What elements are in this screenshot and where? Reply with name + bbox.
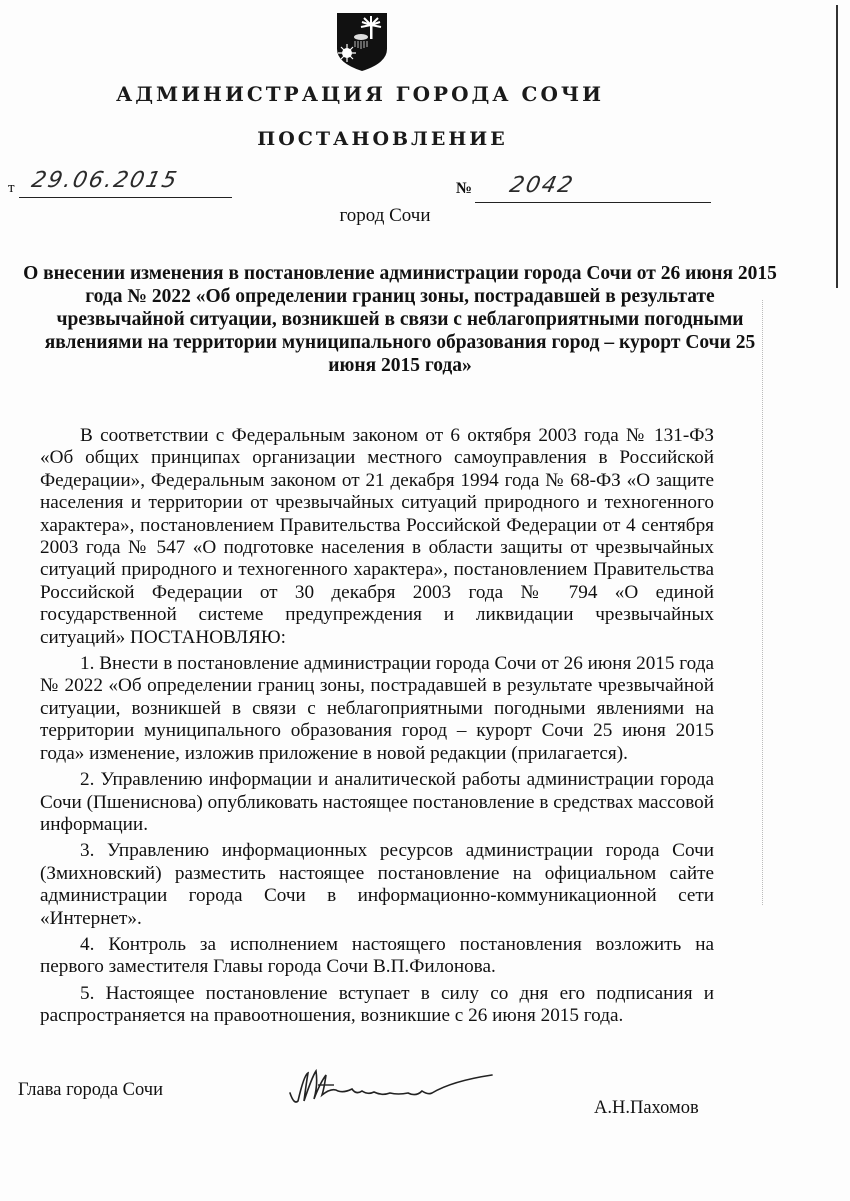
signatory-role: Глава города Сочи bbox=[18, 1080, 163, 1101]
document-subject: О внесении изменения в постановление адм… bbox=[20, 262, 780, 377]
number-underline bbox=[475, 202, 711, 203]
number-sign: № bbox=[456, 180, 472, 198]
date-prefix: т bbox=[8, 180, 15, 197]
document-type-title: ПОСТАНОВЛЕНИЕ bbox=[0, 128, 765, 150]
organization-title: АДМИНИСТРАЦИЯ ГОРОДА СОЧИ bbox=[0, 82, 720, 106]
resolution-item-5: 5. Настоящее постановление вступает в си… bbox=[40, 983, 714, 1028]
resolution-item-4: 4. Контроль за исполнением настоящего по… bbox=[40, 934, 714, 979]
scan-fold-line bbox=[762, 300, 763, 905]
resolution-item-1: 1. Внести в постановление администрации … bbox=[40, 653, 714, 765]
date-underline bbox=[19, 197, 232, 198]
scan-edge-line bbox=[836, 5, 838, 288]
preamble-paragraph: В соответствии с Федеральным законом от … bbox=[40, 425, 714, 649]
coat-of-arms-icon bbox=[333, 7, 391, 73]
signatory-name: А.Н.Пахомов bbox=[594, 1098, 699, 1119]
document-date: 29.06.2015 bbox=[29, 168, 180, 193]
resolution-item-2: 2. Управлению информации и аналитической… bbox=[40, 769, 714, 836]
document-page: АДМИНИСТРАЦИЯ ГОРОДА СОЧИ ПОСТАНОВЛЕНИЕ … bbox=[0, 0, 850, 1201]
handwritten-signature-icon bbox=[282, 1065, 502, 1110]
city-label: город Сочи bbox=[0, 205, 770, 227]
document-number: 2042 bbox=[507, 173, 576, 198]
resolution-item-3: 3. Управлению информационных ресурсов ад… bbox=[40, 840, 714, 930]
document-body: В соответствии с Федеральным законом от … bbox=[40, 425, 714, 1028]
